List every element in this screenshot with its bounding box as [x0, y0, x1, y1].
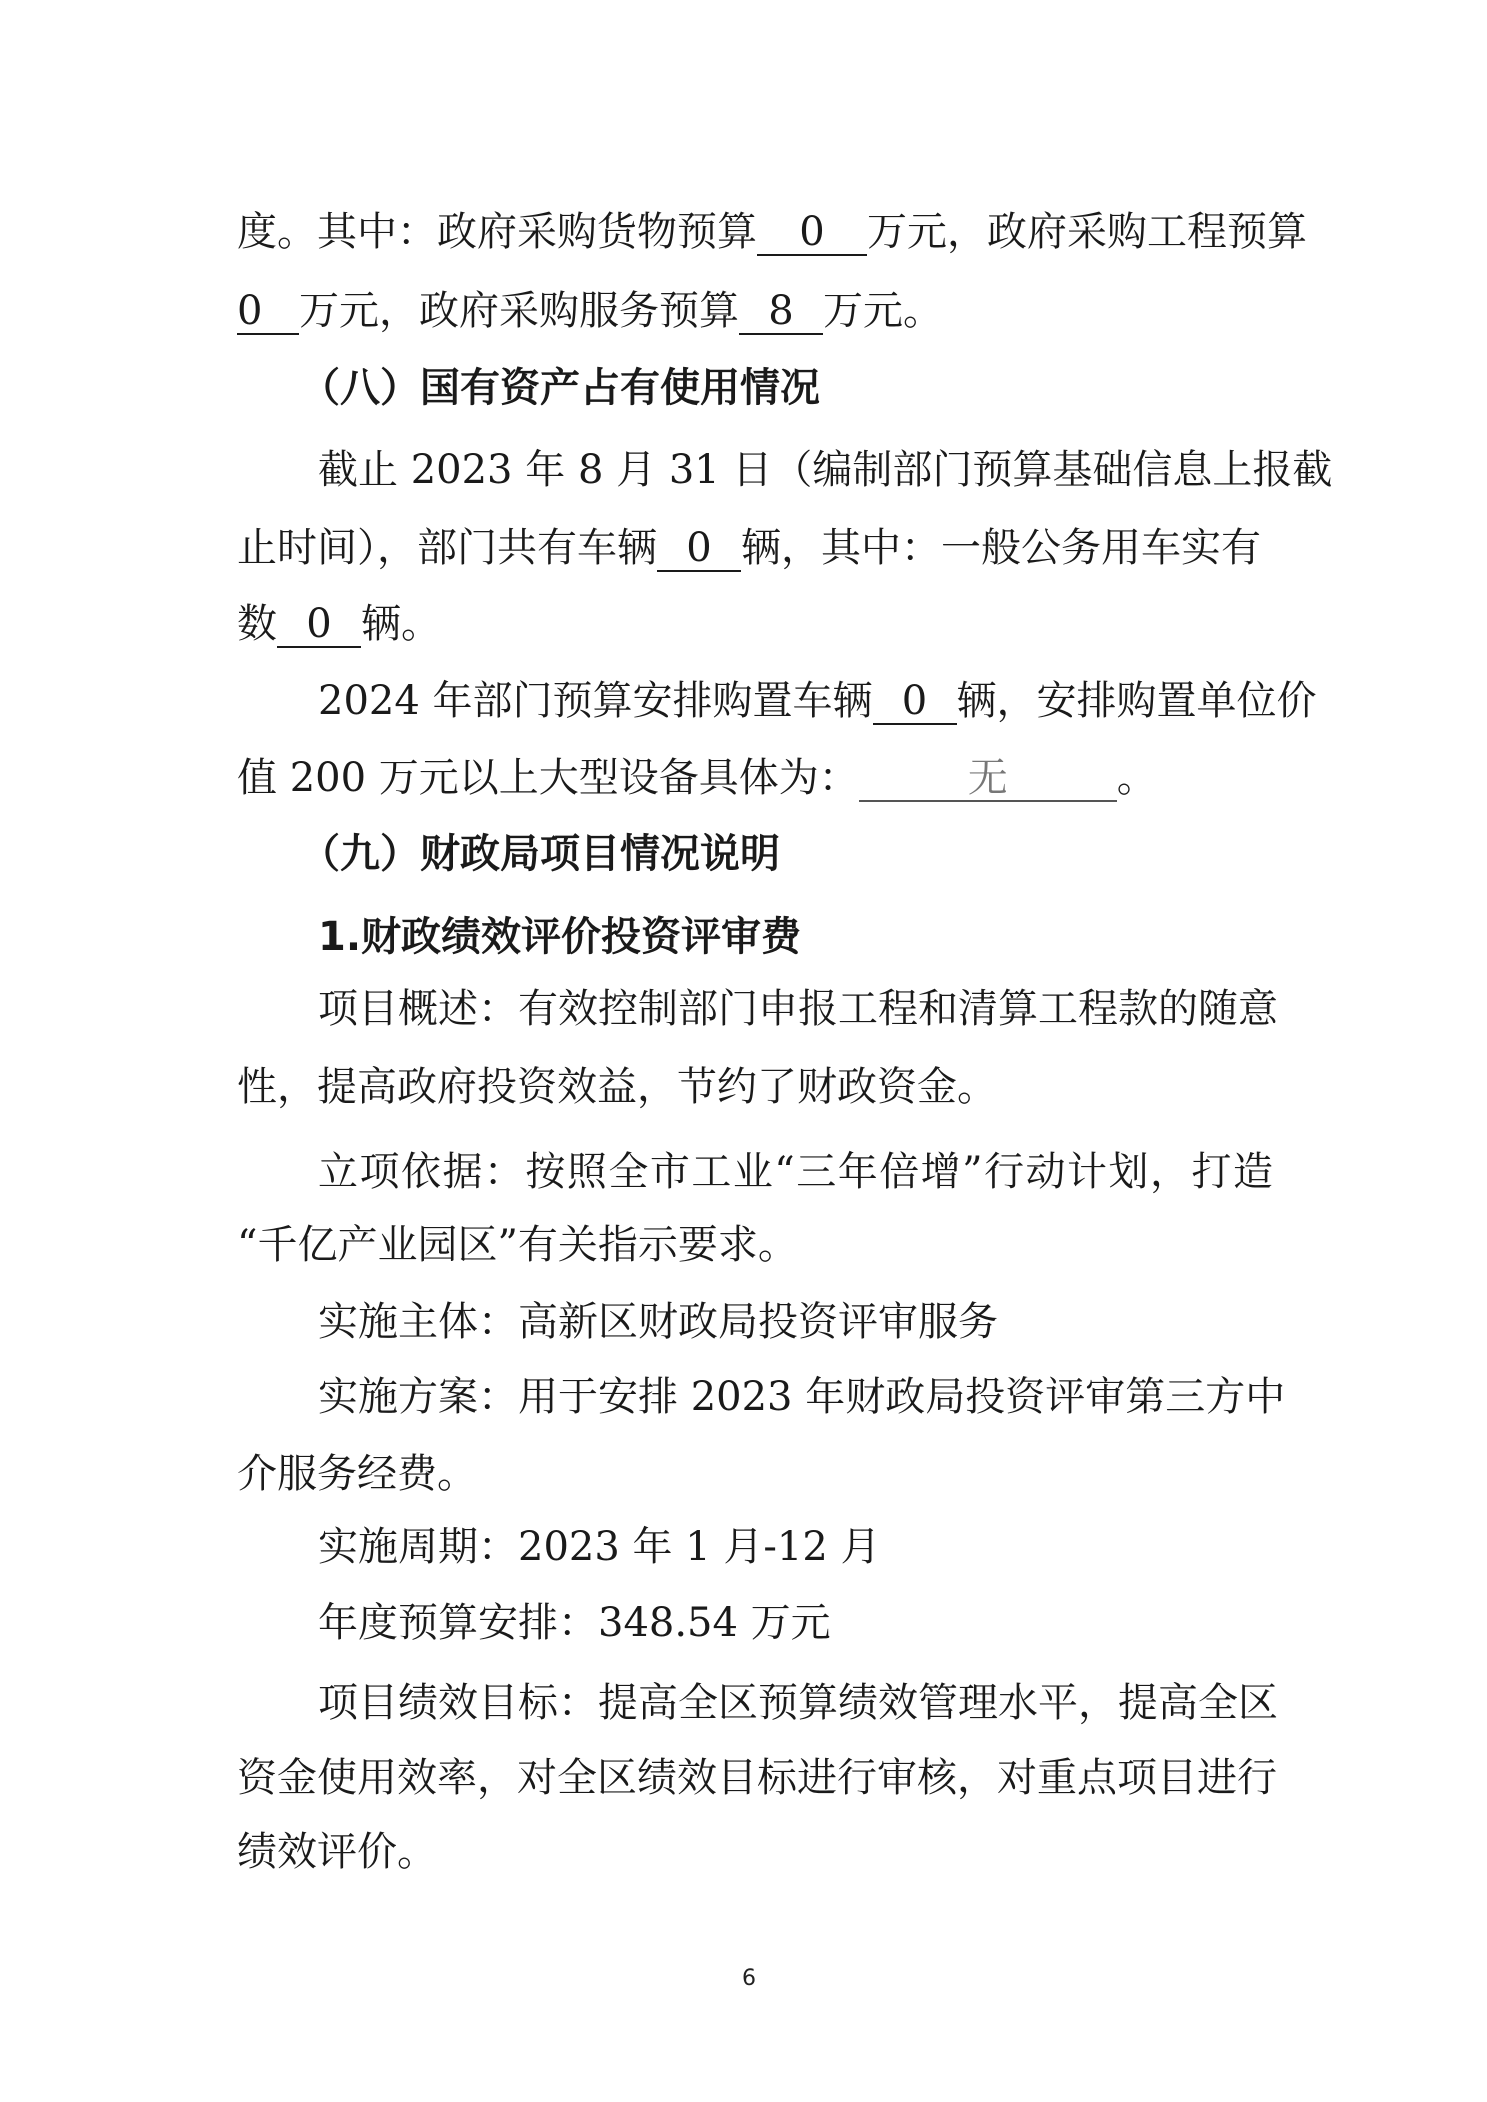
- paragraph-line: 实施主体：高新区财政局投资评审服务: [318, 1298, 1273, 1346]
- text: 。: [1117, 755, 1157, 801]
- text: 辆，安排购置单位价: [957, 678, 1317, 724]
- paragraph-line: 介服务经费。: [237, 1450, 1273, 1498]
- paragraph-line: 2024 年部门预算安排购置车辆0辆，安排购置单位价: [318, 677, 1273, 725]
- filled-blank: 0: [277, 602, 361, 648]
- paragraph-line: 0万元，政府采购服务预算8万元。: [237, 287, 1273, 335]
- paragraph-line: 止时间），部门共有车辆0辆，其中：一般公务用车实有: [237, 524, 1273, 572]
- filled-blank: 无: [859, 756, 1117, 802]
- paragraph-line: 实施方案：用于安排 2023 年财政局投资评审第三方中: [318, 1373, 1273, 1421]
- text: 万元。: [823, 288, 943, 334]
- paragraph-line: 年度预算安排：348.54 万元: [318, 1599, 1273, 1647]
- section-heading-8: （八）国有资产占有使用情况: [300, 364, 1255, 412]
- paragraph-line: 数0辆。: [237, 600, 1273, 648]
- text: 数: [237, 601, 277, 647]
- filled-blank: 0: [757, 210, 867, 256]
- filled-blank: 0: [873, 679, 957, 725]
- text: 辆，其中：一般公务用车实有: [741, 525, 1261, 571]
- text: 辆。: [361, 601, 441, 647]
- text: 万元，政府采购工程预算: [867, 209, 1307, 255]
- text: 2024 年部门预算安排购置车辆: [318, 678, 873, 724]
- paragraph-line: 截止 2023 年 8 月 31 日（编制部门预算基础信息上报截: [318, 446, 1273, 494]
- filled-blank: 0: [237, 289, 299, 335]
- paragraph-line: “千亿产业园区”有关指示要求。: [237, 1221, 1273, 1269]
- paragraph-line: 立项依据：按照全市工业“三年倍增”行动计划，打造: [318, 1148, 1273, 1196]
- paragraph-line: 值 200 万元以上大型设备具体为：无。: [237, 754, 1273, 802]
- paragraph-line: 度。其中：政府采购货物预算0万元，政府采购工程预算: [237, 208, 1273, 256]
- filled-blank: 8: [739, 289, 823, 335]
- paragraph-line: 实施周期：2023 年 1 月-12 月: [318, 1523, 1273, 1571]
- text: 万元，政府采购服务预算: [299, 288, 739, 334]
- text: 值 200 万元以上大型设备具体为：: [237, 755, 859, 801]
- paragraph-line: 项目绩效目标：提高全区预算绩效管理水平，提高全区: [318, 1679, 1273, 1727]
- section-heading-9: （九）财政局项目情况说明: [300, 830, 1336, 878]
- paragraph-line: 绩效评价。: [237, 1828, 1273, 1876]
- text: 度。其中：政府采购货物预算: [237, 209, 757, 255]
- paragraph-line: 项目概述：有效控制部门申报工程和清算工程款的随意: [318, 985, 1273, 1033]
- filled-blank: 0: [657, 526, 741, 572]
- text: 止时间），部门共有车辆: [237, 525, 657, 571]
- page-number: 6: [742, 1966, 756, 1991]
- paragraph-line: 资金使用效率，对全区绩效目标进行审核，对重点项目进行: [237, 1754, 1273, 1802]
- paragraph-line: 性，提高政府投资效益，节约了财政资金。: [237, 1063, 1273, 1111]
- subsection-heading: 1.财政绩效评价投资评审费: [318, 913, 1354, 961]
